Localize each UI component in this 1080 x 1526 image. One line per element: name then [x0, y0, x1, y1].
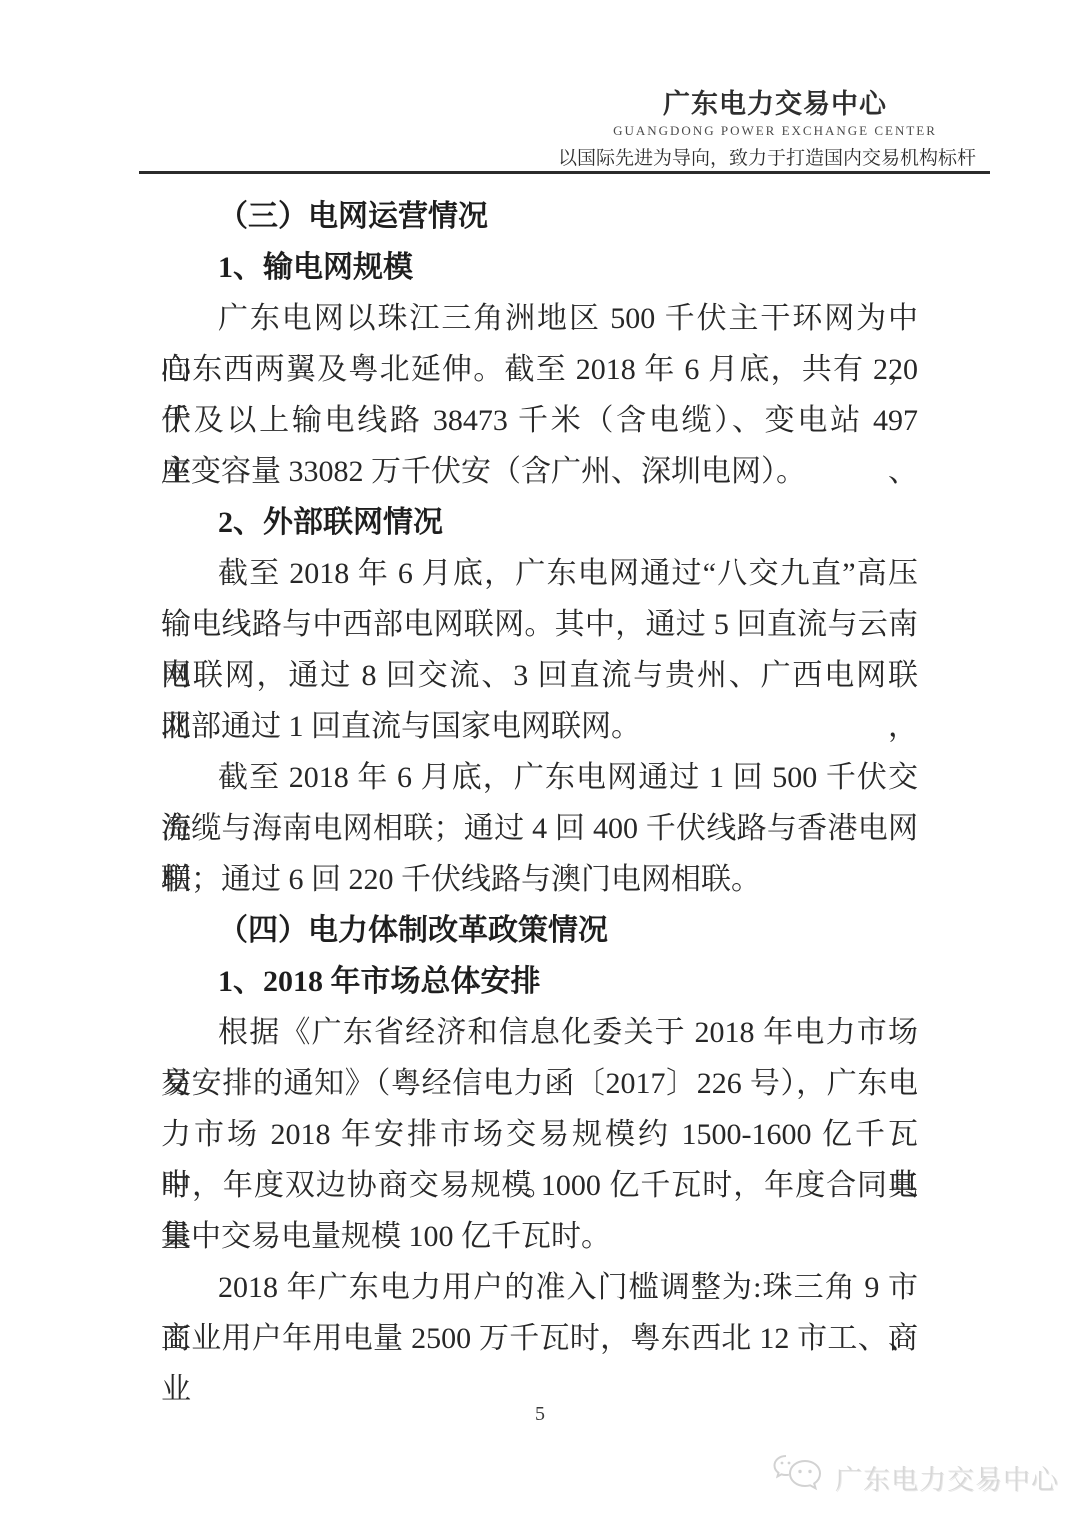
paragraph-line: 联；通过 6 回 220 千伏线路与澳门电网相联。	[161, 854, 918, 905]
subsection-heading: 2、外部联网情况	[161, 497, 918, 548]
paragraph-line: 2018 年广东电力用户的准入门槛调整为:珠三角 9 市工、	[161, 1262, 918, 1313]
section-heading: （三）电网运营情况	[161, 191, 918, 242]
paragraph-line: 输电线路与中西部电网联网。其中，通过 5 回直流与云南电	[161, 599, 918, 650]
paragraph-line: 中，年度双边协商交易规模 1000 亿千瓦时，年度合同电量	[161, 1160, 918, 1211]
paragraph-line: 广东电网以珠江三角洲地区 500 千伏主干环网为中心，	[161, 293, 918, 344]
document-body: （三）电网运营情况1、输电网规模广东电网以珠江三角洲地区 500 千伏主干环网为…	[161, 191, 918, 1364]
wechat-watermark: 广东电力交易中心	[772, 1452, 1059, 1503]
paragraph-line: 向东西两翼及粤北延伸。截至 2018 年 6 月底，共有 220 千	[161, 344, 918, 395]
document-page: 广东电力交易中心 GUANGDONG POWER EXCHANGE CENTER…	[0, 0, 1080, 1526]
org-name-cn: 广东电力交易中心	[663, 82, 887, 121]
section-heading: （四）电力体制改革政策情况	[161, 905, 918, 956]
paragraph-line: 网联网，通过 8 回交流、3 回直流与贵州、广西电网联网，	[161, 650, 918, 701]
paragraph-line: 集中交易电量规模 100 亿千瓦时。	[161, 1211, 918, 1262]
paragraph-line: 截至 2018 年 6 月底，广东电网通过 1 回 500 千伏交流	[161, 752, 918, 803]
paragraph-line: 根据《广东省经济和信息化委关于 2018 年电力市场交	[161, 1007, 918, 1058]
paragraph-line: 易安排的通知》（粤经信电力函〔2017〕226 号），广东电	[161, 1058, 918, 1109]
header-rule	[139, 171, 990, 174]
header-tagline: 以国际先进为导向，致力于打造国内交易机构标杆	[558, 143, 976, 170]
watermark-text: 广东电力交易中心	[835, 1458, 1059, 1497]
paragraph-line: 力市场 2018 年安排市场交易规模约 1500-1600 亿千瓦时。其	[161, 1109, 918, 1160]
wechat-icon	[772, 1452, 826, 1503]
page-number: 5	[535, 1403, 545, 1426]
paragraph-line: 商业用户年用电量 2500 万千瓦时，粤东西北 12 市工、商业	[161, 1313, 918, 1364]
org-name-en: GUANGDONG POWER EXCHANGE CENTER	[613, 123, 937, 139]
subsection-heading: 1、2018 年市场总体安排	[161, 956, 918, 1007]
paragraph-line: 伏及以上输电线路 38473 千米（含电缆）、变电站 497 座、	[161, 395, 918, 446]
paragraph-line: 截至 2018 年 6 月底，广东电网通过“八交九直”高压	[161, 548, 918, 599]
paragraph-line: 海缆与海南电网相联；通过 4 回 400 千伏线路与香港电网相	[161, 803, 918, 854]
paragraph-line: 主变容量 33082 万千伏安（含广州、深圳电网）。	[161, 446, 918, 497]
subsection-heading: 1、输电网规模	[161, 242, 918, 293]
